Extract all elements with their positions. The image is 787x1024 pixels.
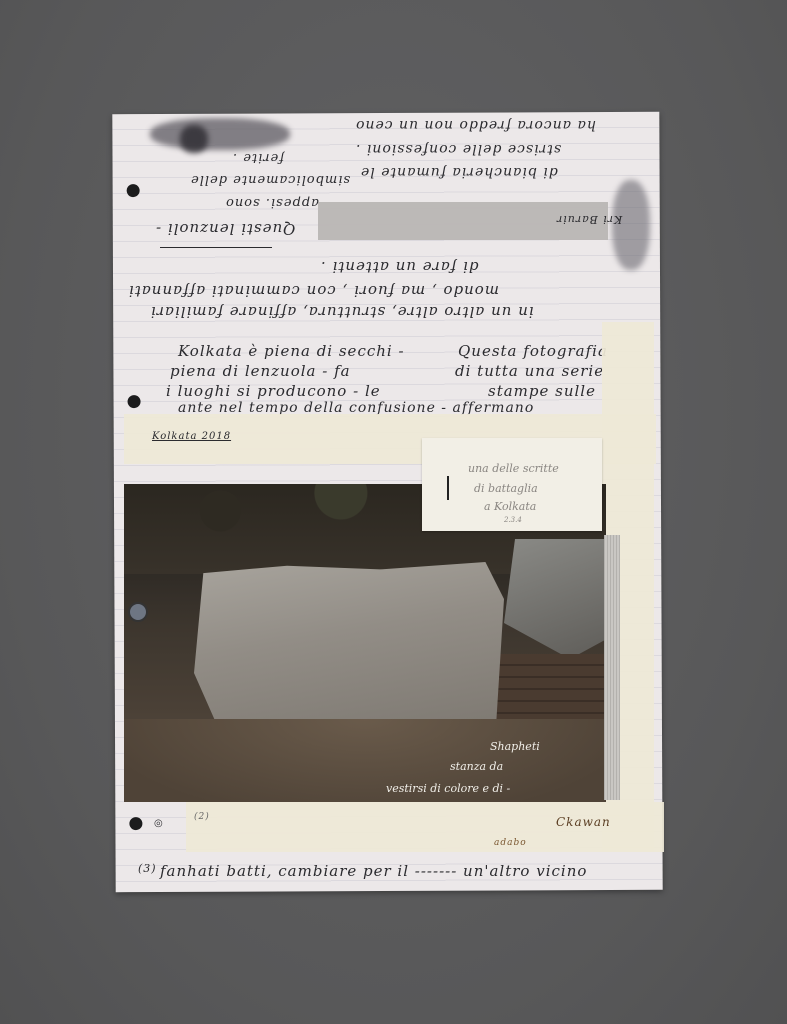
upside-text-1: ha ancora freddo non un ceno bbox=[355, 117, 596, 133]
binder-hole bbox=[127, 184, 140, 197]
upside-text-3: strisce delle confessioni . bbox=[355, 141, 561, 157]
upside-tape-label: Kri Baruir bbox=[556, 213, 622, 226]
photo-caption-1: Shapheti bbox=[490, 740, 540, 753]
upside-text-6: in un altro altre, struttura, affinare f… bbox=[150, 303, 534, 321]
note-card-line-1: una delle scritte bbox=[468, 462, 559, 475]
photo-porthole bbox=[128, 602, 148, 622]
upside-side-2: appesi. sono bbox=[225, 195, 319, 210]
photo-hanging-cloth bbox=[504, 539, 606, 659]
pencil-shaded-strip bbox=[604, 535, 620, 800]
ink-mark bbox=[447, 476, 449, 500]
small-note: adabo bbox=[494, 838, 527, 848]
binder-hole bbox=[128, 395, 141, 408]
main-text-1: Kolkata è piena di secchi - bbox=[178, 342, 405, 360]
photo-brick-wall bbox=[484, 654, 606, 724]
upside-side-3: simbolicamente delle bbox=[190, 172, 350, 187]
circled-scribble: ◎ bbox=[154, 818, 164, 829]
note-card: una delle scritte di battaglia a Kolkata… bbox=[422, 438, 602, 531]
footer-number: (3) bbox=[138, 862, 157, 875]
upside-text-2: di biancheria fumante le bbox=[360, 164, 558, 180]
main-text-3b: stampe sulle bbox=[488, 382, 596, 400]
upside-text-5: di fare un attenti . bbox=[320, 258, 478, 276]
photo-caption-2: stanza da bbox=[450, 760, 503, 773]
main-text-1b: Questa fotografia bbox=[458, 342, 608, 360]
footer-note: fanhati batti, cambiare per il ------- u… bbox=[160, 862, 587, 880]
tape-label: Kolkata 2018 bbox=[152, 431, 231, 442]
main-text-3: i luoghi si producono - le bbox=[166, 382, 381, 400]
main-text-2: piena di lenzuola - fa bbox=[170, 362, 351, 380]
upside-text-4: mondo , ma fuori , con camminati affanna… bbox=[128, 282, 499, 300]
ink-blot bbox=[150, 118, 290, 150]
note-card-line-2: di battaglia bbox=[474, 482, 538, 495]
note-card-line-3: a Kolkata bbox=[484, 500, 536, 513]
photo-dirt-ground bbox=[124, 719, 606, 802]
signature: Ckawan bbox=[556, 815, 611, 829]
binder-hole bbox=[129, 817, 142, 830]
upside-side-4: ferite . bbox=[232, 150, 284, 165]
collaged-photograph: Shapheti stanza da vestirsi di colore e … bbox=[124, 484, 606, 802]
underline bbox=[160, 247, 272, 248]
main-text-2b: di tutta una serie bbox=[455, 362, 604, 380]
photo-caption-3: vestirsi di colore e di - bbox=[386, 782, 510, 795]
ink-blot bbox=[180, 125, 208, 153]
note-card-line-4: 2.3.4 bbox=[504, 516, 522, 524]
upside-side-1: Questi lenzuoli - bbox=[155, 220, 296, 238]
bottom-left-mark: (2) bbox=[194, 812, 210, 822]
